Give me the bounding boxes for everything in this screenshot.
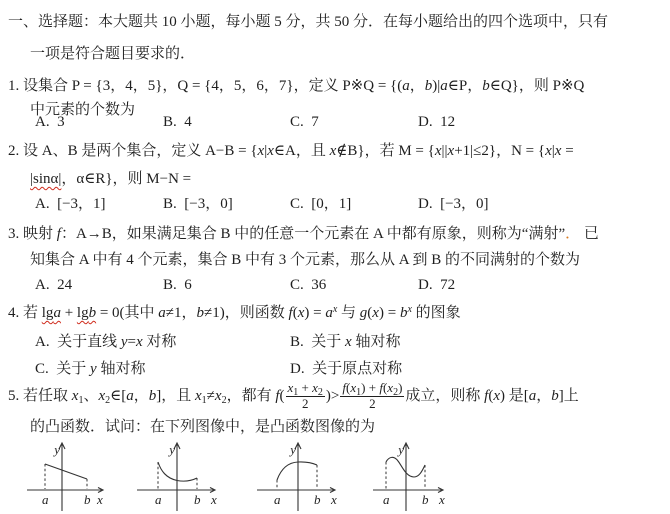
graph-option-2: y x a b (135, 438, 235, 514)
question-2-option-a: A. [−3，1] (35, 192, 163, 213)
graph-option-1: y x a b (25, 438, 125, 514)
question-3-option-c: C. 36 (290, 277, 418, 294)
question-1-option-d: D. 12 (418, 114, 455, 131)
question-3-line-1: 3. 映射 f：A→B，如果满足集合 B 中的任意一个元素在 A 中都有原象，则… (8, 224, 599, 244)
question-2-option-d: D. [−3，0] (418, 192, 489, 213)
a-label: a (274, 492, 281, 507)
question-2-options: A. [−3，1] B. [−3，0] C. [0，1] D. [−3，0] (35, 192, 489, 213)
section-header-line-1: 一、选择题：本大题共 10 小题，每小题 5 分，共 50 分．在每小题给出的四… (8, 12, 608, 32)
question-1-option-b: B. 4 (163, 114, 290, 131)
x-axis (27, 488, 103, 493)
question-1-option-c: C. 7 (290, 114, 418, 131)
question-4-option-d: D. 关于原点对称 (290, 357, 402, 378)
section-header-line-2: 一项是符合题目要求的． (30, 44, 195, 64)
graph-option-4: y x a b (371, 438, 451, 514)
question-4-line-1: 4. 若 lga + lgb = 0(其中 a≠1，b≠1)，则函数 f(x) … (8, 303, 461, 323)
question-3-line-2: 知集合 A 中有 4 个元素，集合 B 中有 3 个元素，那么从 A 到 B 的… (30, 250, 580, 270)
y-axis-label: y (167, 442, 175, 457)
question-5-line-1: 5. 若任取 x1、x2∈[a，b]，且 x1≠x2，都有 f(x1 + x22… (8, 381, 579, 412)
question-4-options-row-2: C. 关于 y 轴对称 D. 关于原点对称 (35, 357, 402, 378)
a-label: a (383, 492, 390, 507)
y-axis-label: y (288, 442, 296, 457)
x-axis-label: x (210, 492, 217, 507)
b-label: b (314, 492, 321, 507)
b-label: b (422, 492, 429, 507)
question-3-option-d: D. 72 (418, 277, 455, 294)
question-2-line-1: 2. 设 A、B 是两个集合，定义 A−B = {x|x∈A，且 x∉B}，若 … (8, 141, 574, 161)
b-label: b (194, 492, 201, 507)
question-3-option-a: A. 24 (35, 277, 163, 294)
a-label: a (42, 492, 49, 507)
a-label: a (155, 492, 162, 507)
question-3-options: A. 24 B. 6 C. 36 D. 72 (35, 277, 455, 294)
question-1-options: A. 3 B. 4 C. 7 D. 12 (35, 114, 455, 131)
x-axis (257, 488, 335, 493)
question-2-option-c: C. [0，1] (290, 192, 418, 213)
function-curve (45, 464, 87, 479)
x-axis-label: x (330, 492, 337, 507)
question-2-line-2: |sinα|，α∈R}，则 M−N = (30, 169, 191, 189)
question-2-option-b: B. [−3，0] (163, 192, 290, 213)
question-3-option-b: B. 6 (163, 277, 290, 294)
question-4-option-c: C. 关于 y 轴对称 (35, 357, 290, 378)
y-axis-label: y (52, 442, 60, 457)
exam-page: { "page":{"background":"#ffffff","text_c… (0, 0, 670, 514)
question-4-option-b: B. 关于 x 轴对称 (290, 330, 400, 351)
x-axis-label: x (438, 492, 445, 507)
question-4-options-row-1: A. 关于直线 y=x 对称 B. 关于 x 轴对称 (35, 330, 400, 351)
graph-option-3: y x a b (255, 438, 355, 514)
question-5-line-2: 的凸函数．试问：在下列图像中，是凸函数图像的为 (30, 417, 375, 437)
x-axis-label: x (96, 492, 103, 507)
question-4-option-a: A. 关于直线 y=x 对称 (35, 330, 290, 351)
question-1-option-a: A. 3 (35, 114, 163, 131)
question-1-line-1: 1. 设集合 P = {3，4，5}，Q = {4，5，6，7}，定义 P※Q … (8, 76, 584, 96)
y-axis-label: y (396, 442, 404, 457)
function-curve (277, 462, 317, 480)
x-axis (137, 488, 215, 493)
b-label: b (84, 492, 91, 507)
